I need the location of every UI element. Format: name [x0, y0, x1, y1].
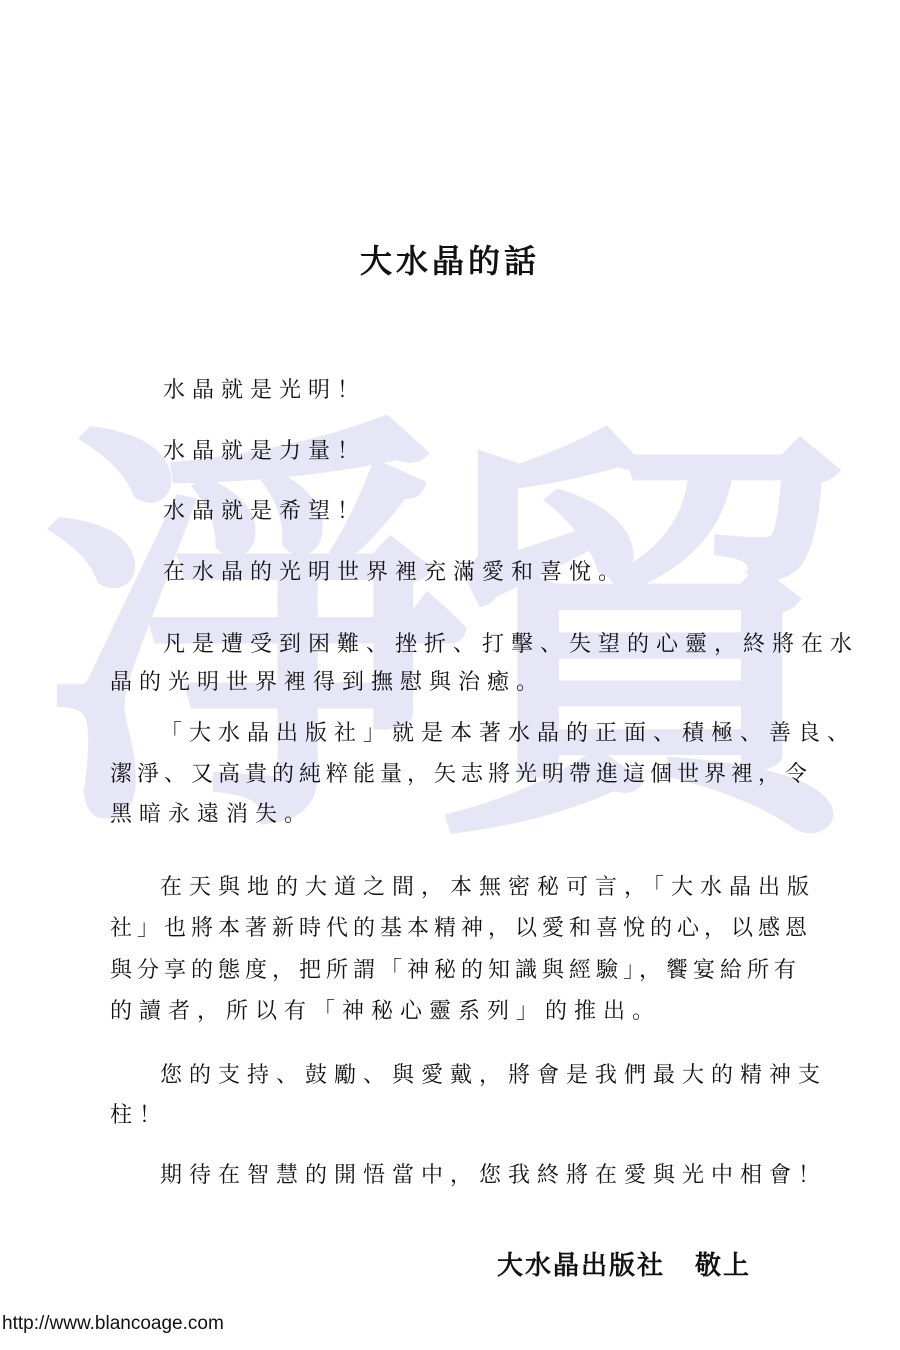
signature: 大水晶出版社敬上 [497, 1245, 751, 1282]
paragraph-4-line-3: 與分享的態度，把所謂「神秘的知識與經驗」，饗宴給所有 [110, 953, 801, 984]
signature-closing: 敬上 [695, 1251, 751, 1281]
paragraph-5-line-2: 柱！ [110, 1098, 168, 1129]
line-3: 水晶就是希望！ [163, 494, 366, 525]
line-4: 在水晶的光明世界裡充滿愛和喜悅。 [163, 555, 627, 586]
paragraph-2-line-1: 凡是遭受到困難、挫折、打擊、失望的心靈，終將在水 [163, 627, 859, 658]
paragraph-3-line-2: 潔淨、又高貴的純粹能量，矢志將光明帶進這個世界裡，令 [110, 757, 812, 788]
paragraph-4-line-4: 的讀者，所以有「神秘心靈系列」的推出。 [110, 994, 661, 1025]
paragraph-5-line-1: 您的支持、鼓勵、與愛戴，將會是我們最大的精神支 [160, 1058, 827, 1089]
paragraph-3-line-1: 「大水晶出版社」就是本著水晶的正面、積極、善良、 [160, 716, 856, 747]
line-1: 水晶就是光明！ [163, 373, 366, 404]
paragraph-4-line-1: 在天與地的大道之間，本無密秘可言，「大水晶出版 [160, 870, 816, 901]
signature-org: 大水晶出版社 [497, 1251, 665, 1281]
paragraph-3-line-3: 黑暗永遠消失。 [110, 797, 313, 828]
paragraph-4-line-2: 社」也將本著新時代的基本精神，以愛和喜悅的心，以感恩 [110, 911, 812, 942]
line-2: 水晶就是力量！ [163, 434, 366, 465]
document-title: 大水晶的話 [0, 236, 900, 282]
paragraph-6-line-1: 期待在智慧的開悟當中，您我終將在愛與光中相會！ [160, 1158, 827, 1189]
footer-url: http://www.blancoage.com [2, 1313, 224, 1335]
paragraph-2-line-2: 晶的光明世界裡得到撫慰與治癒。 [110, 665, 545, 696]
document-page: 大水晶的話 水晶就是光明！ 水晶就是力量！ 水晶就是希望！ 在水晶的光明世界裡充… [0, 0, 900, 1350]
